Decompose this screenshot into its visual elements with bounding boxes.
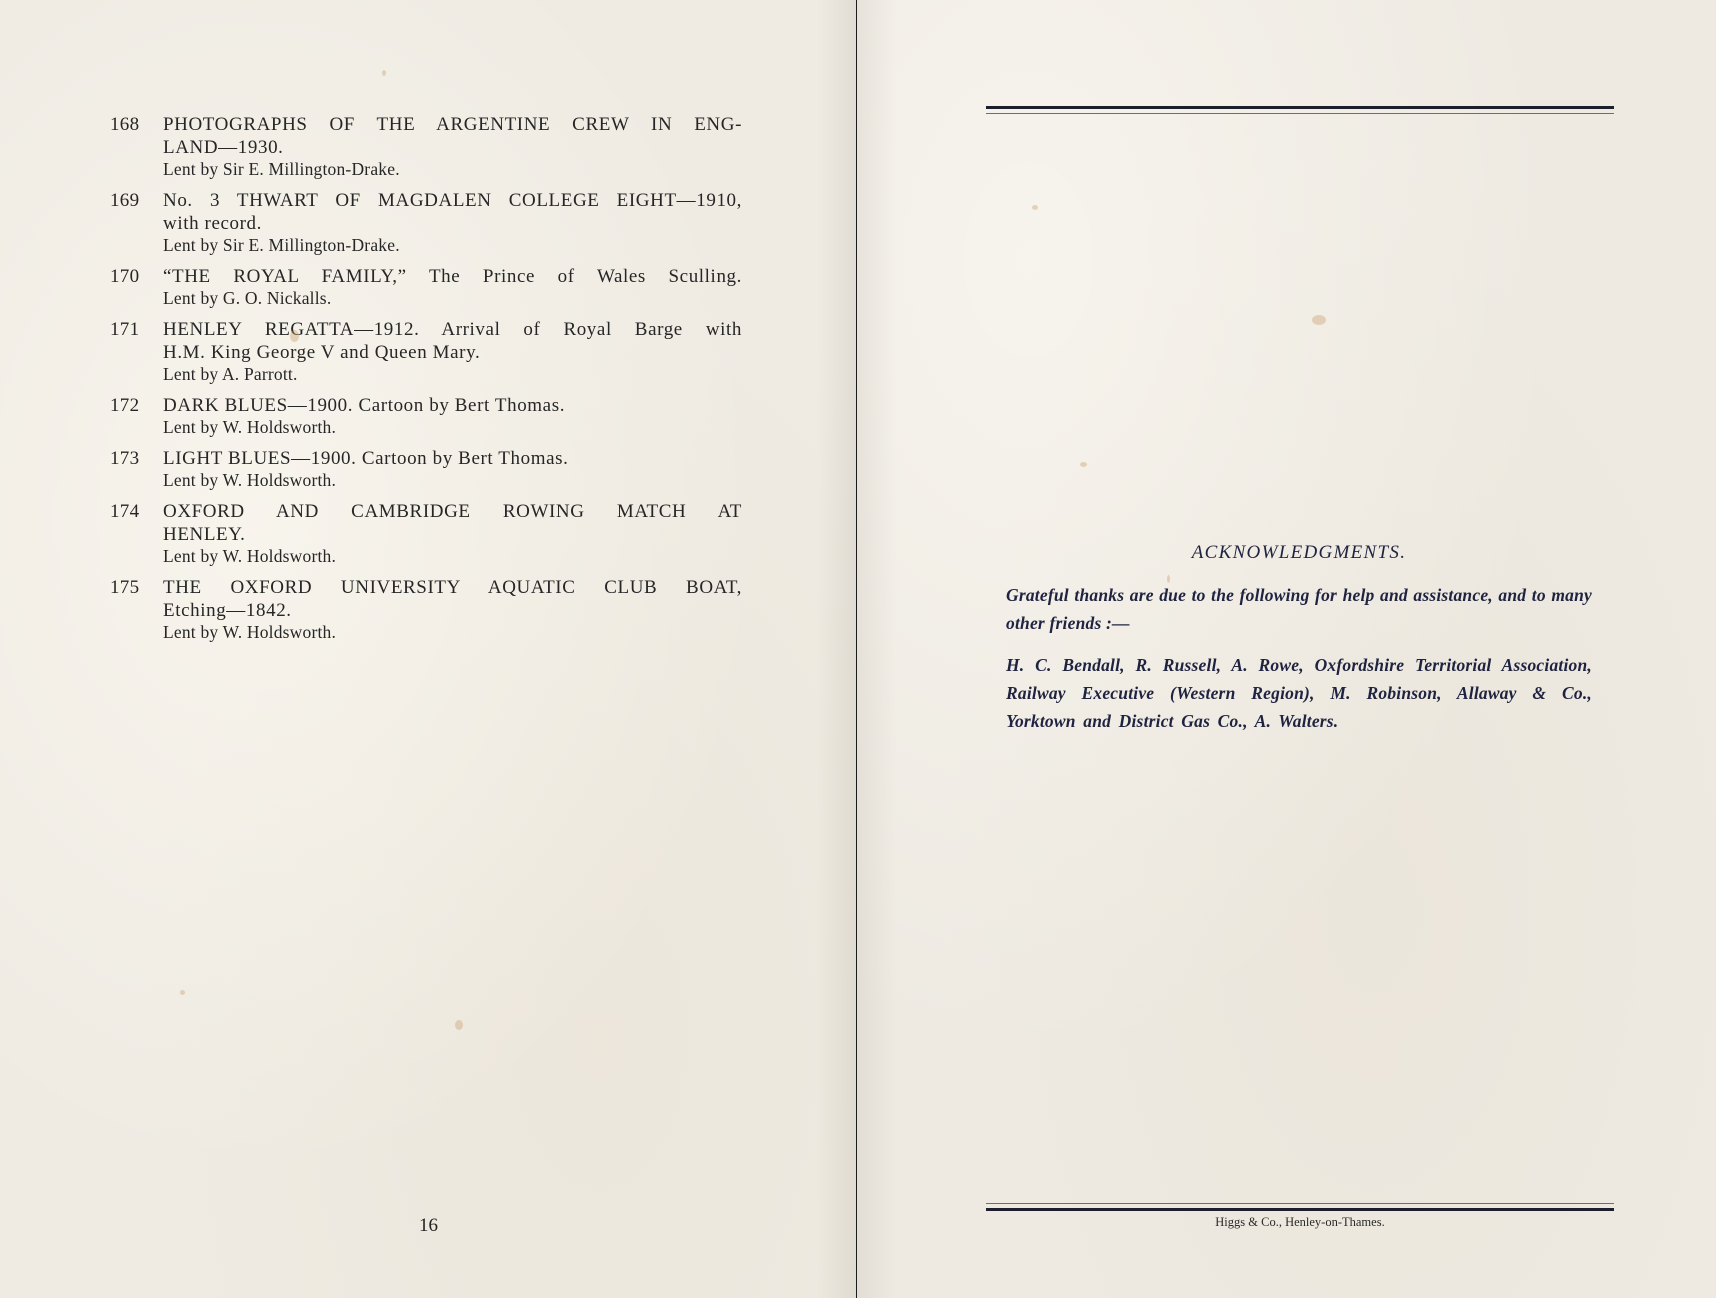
acknowledgments-intro: Grateful thanks are due to the following… <box>1006 581 1592 637</box>
catalogue-entry: 170“THE ROYAL FAMILY,” The Prince of Wal… <box>110 265 742 309</box>
entry-title-line: DARK BLUES—1900. Cartoon by Bert Thomas. <box>163 394 742 417</box>
entry-number: 175 <box>110 576 163 643</box>
entry-number: 171 <box>110 318 163 385</box>
catalogue-entry: 173LIGHT BLUES—1900. Cartoon by Bert Tho… <box>110 447 742 491</box>
entry-number: 168 <box>110 113 163 180</box>
entry-lender: Lent by W. Holdsworth. <box>163 417 742 438</box>
entry-title-line: OXFORD AND CAMBRIDGE ROWING MATCH AT <box>163 500 742 523</box>
entry-title-line: THE OXFORD UNIVERSITY AQUATIC CLUB BOAT, <box>163 576 742 599</box>
top-double-rule <box>986 106 1614 114</box>
entry-body: DARK BLUES—1900. Cartoon by Bert Thomas.… <box>163 394 742 438</box>
catalogue-list: 168PHOTOGRAPHS OF THE ARGENTINE CREW IN … <box>110 113 742 652</box>
left-page: 168PHOTOGRAPHS OF THE ARGENTINE CREW IN … <box>0 0 857 1298</box>
entry-number: 170 <box>110 265 163 309</box>
entry-title-line: H.M. King George V and Queen Mary. <box>163 341 742 364</box>
entry-body: PHOTOGRAPHS OF THE ARGENTINE CREW IN ENG… <box>163 113 742 180</box>
catalogue-entry: 175THE OXFORD UNIVERSITY AQUATIC CLUB BO… <box>110 576 742 643</box>
printer-imprint: Higgs & Co., Henley-on-Thames. <box>986 1215 1614 1230</box>
entry-number: 169 <box>110 189 163 256</box>
entry-title-line: PHOTOGRAPHS OF THE ARGENTINE CREW IN ENG… <box>163 113 742 136</box>
catalogue-entry: 171HENLEY REGATTA—1912. Arrival of Royal… <box>110 318 742 385</box>
entry-number: 174 <box>110 500 163 567</box>
entry-number: 173 <box>110 447 163 491</box>
entry-lender: Lent by G. O. Nickalls. <box>163 288 742 309</box>
entry-title-line: No. 3 THWART OF MAGDALEN COLLEGE EIGHT—1… <box>163 189 742 212</box>
gutter-shadow <box>817 0 857 1298</box>
acknowledgments-heading: ACKNOWLEDGMENTS. <box>1006 542 1592 564</box>
entry-body: No. 3 THWART OF MAGDALEN COLLEGE EIGHT—1… <box>163 189 742 256</box>
entry-lender: Lent by W. Holdsworth. <box>163 546 742 567</box>
acknowledgments-section: ACKNOWLEDGMENTS. Grateful thanks are due… <box>1006 542 1592 735</box>
catalogue-entry: 168PHOTOGRAPHS OF THE ARGENTINE CREW IN … <box>110 113 742 180</box>
entry-title-line: Etching—1842. <box>163 599 742 622</box>
entry-body: HENLEY REGATTA—1912. Arrival of Royal Ba… <box>163 318 742 385</box>
entry-title-line: HENLEY. <box>163 523 742 546</box>
page-number: 16 <box>0 1215 857 1237</box>
entry-title-line: with record. <box>163 212 742 235</box>
bottom-double-rule <box>986 1203 1614 1211</box>
entry-title-line: HENLEY REGATTA—1912. Arrival of Royal Ba… <box>163 318 742 341</box>
entry-body: THE OXFORD UNIVERSITY AQUATIC CLUB BOAT,… <box>163 576 742 643</box>
catalogue-entry: 172DARK BLUES—1900. Cartoon by Bert Thom… <box>110 394 742 438</box>
acknowledgments-names: H. C. Bendall, R. Russell, A. Rowe, Oxfo… <box>1006 651 1592 735</box>
entry-title-line: LAND—1930. <box>163 136 742 159</box>
entry-lender: Lent by W. Holdsworth. <box>163 622 742 643</box>
entry-lender: Lent by W. Holdsworth. <box>163 470 742 491</box>
entry-lender: Lent by A. Parrott. <box>163 364 742 385</box>
entry-body: LIGHT BLUES—1900. Cartoon by Bert Thomas… <box>163 447 742 491</box>
entry-body: OXFORD AND CAMBRIDGE ROWING MATCH ATHENL… <box>163 500 742 567</box>
entry-body: “THE ROYAL FAMILY,” The Prince of Wales … <box>163 265 742 309</box>
entry-title-line: “THE ROYAL FAMILY,” The Prince of Wales … <box>163 265 742 288</box>
gutter-shadow <box>857 0 897 1298</box>
entry-number: 172 <box>110 394 163 438</box>
catalogue-entry: 169No. 3 THWART OF MAGDALEN COLLEGE EIGH… <box>110 189 742 256</box>
entry-title-line: LIGHT BLUES—1900. Cartoon by Bert Thomas… <box>163 447 742 470</box>
entry-lender: Lent by Sir E. Millington-Drake. <box>163 159 742 180</box>
catalogue-entry: 174OXFORD AND CAMBRIDGE ROWING MATCH ATH… <box>110 500 742 567</box>
entry-lender: Lent by Sir E. Millington-Drake. <box>163 235 742 256</box>
